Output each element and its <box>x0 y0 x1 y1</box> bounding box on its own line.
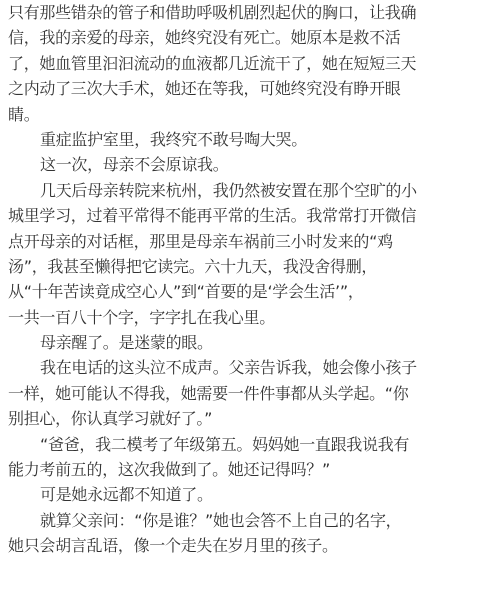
paragraph-start-line: 我在电话的这头泣不成声。父亲告诉我，她会像小孩子 <box>8 355 478 380</box>
text-line: 点开母亲的对话框，那里是母亲车祸前三小时发来的“鸡 <box>8 229 478 254</box>
text-line: 她只会胡言乱语，像一个走失在岁月里的孩子。 <box>8 533 478 558</box>
text-line: 只有那些错杂的管子和借助呼吸机剧烈起伏的胸口，让我确 <box>8 0 478 25</box>
text-line: 一样，她可能认不得我，她需要一件件事都从头学起。“你 <box>8 381 478 406</box>
text-line: 城里学习，过着平常得不能再平常的生活。我常常打开微信 <box>8 203 478 228</box>
paragraph-start-line: “爸爸，我二模考了年级第五。妈妈她一直跟我说我有 <box>8 432 478 457</box>
paragraph-start-line: 就算父亲问：“你是谁？”她也会答不上自己的名字， <box>8 508 478 533</box>
text-line: 从“十年苦读竟成空心人”到“首要的是‘学会生活’”， <box>8 279 478 304</box>
paragraph-start-line: 可是她永远都不知道了。 <box>8 482 478 507</box>
text-line: 一共一百八十个字，字字扎在我心里。 <box>8 305 478 330</box>
paragraph-start-line: 重症监护室里，我终究不敢号啕大哭。 <box>8 127 478 152</box>
text-line: 能力考前五的，这次我做到了。她还记得吗？” <box>8 457 478 482</box>
paragraph-start-line: 几天后母亲转院来杭州，我仍然被安置在那个空旷的小 <box>8 178 478 203</box>
text-line: 汤”，我甚至懒得把它读完。六十九天，我没舍得删， <box>8 254 478 279</box>
paragraph-start-line: 母亲醒了。是迷蒙的眼。 <box>8 330 478 355</box>
text-line: 别担心，你认真学习就好了。” <box>8 406 478 431</box>
paragraph-start-line: 这一次，母亲不会原谅我。 <box>8 152 478 177</box>
text-line: 睛。 <box>8 102 478 127</box>
text-line: 之内动了三次大手术，她还在等我，可她终究没有睁开眼 <box>8 76 478 101</box>
text-line: 了，她血管里汩汩流动的血液都几近流干了，她在短短三天 <box>8 51 478 76</box>
text-line: 信，我的亲爱的母亲，她终究没有死亡。她原本是救不活 <box>8 25 478 50</box>
article-text: 只有那些错杂的管子和借助呼吸机剧烈起伏的胸口，让我确 信，我的亲爱的母亲，她终究… <box>8 0 478 559</box>
